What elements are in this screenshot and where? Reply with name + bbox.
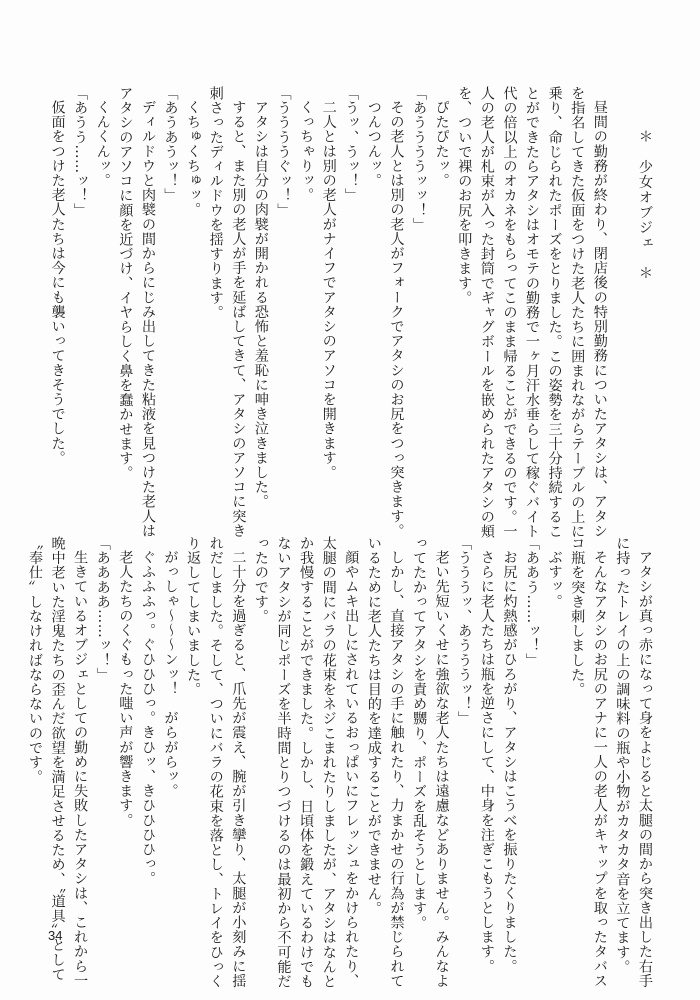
text-line: 「ああう……ッ！」 — [520, 536, 543, 916]
text-line: そんなアタシのお尻のアナに一人の老人がキャップを取ったタバス — [588, 536, 611, 916]
text-line: ったのです。 — [249, 536, 272, 916]
text-line: 仮面をつけた老人たちは今にも襲いってきそうでした。 — [46, 86, 69, 486]
text-line: 老人たちのくぐもった嗤い声が響きます。 — [114, 536, 137, 916]
text-line: ってたかってアタシを責め嬲り、ポーズを乱そうとします。 — [407, 536, 430, 916]
spacer — [611, 86, 634, 486]
text-line: 「あうあうッ！」 — [159, 86, 182, 486]
text-line: 晩中老いた淫鬼たちの歪んだ欲望を満足させるため、〝道具〟として — [46, 536, 69, 916]
text-line: ぶすッ。 — [543, 536, 566, 916]
text-line: 「ああああ……ッ！」 — [91, 536, 114, 916]
text-line: に持ったトレイの上の調味料の瓶や小物がカタカタ音を立てます。 — [611, 536, 634, 916]
text-line: 顔やムキ出しにされているおっぱいにフレッシュをかけられたり、 — [340, 536, 363, 916]
text-line: 「うううッ、あうううッ！」 — [453, 536, 476, 916]
text-line: り返してしまいました。 — [182, 536, 205, 916]
text-line: れだしました。そして、ついにバラの花束を落とし、トレイをひっく — [204, 536, 227, 916]
text-line: 「ううううぐッ！」 — [272, 86, 295, 486]
text-line: アタシのアソコに顔を近づけ、イヤらしく鼻を蠢かせます。 — [114, 86, 137, 486]
text-line: 老い先短いくせに強欲な老人たちは遠慮などありません。みんなよ — [430, 536, 453, 916]
text-line: 人の老人が札束が入った封筒でギャグボールを嵌められたアタシの頬 — [475, 86, 498, 486]
text-line: コ瓶を突き刺しました。 — [566, 536, 589, 916]
text-line: 代の倍以上のオカネをもらってこのまま帰ることができるのです。一 — [498, 86, 521, 486]
text-line: お尻に灼熱感がひろがり、アタシはこうべを振りたくりました。 — [498, 536, 521, 916]
text-line: 生きているオブジェとしての勤めに失敗したアタシは、これから一 — [69, 536, 92, 916]
text-line: とができたらアタシはオモテの勤務で一ヶ月汗水垂らして稼ぐバイト — [520, 86, 543, 486]
text-line: 「あううううッッ！」 — [407, 86, 430, 486]
text-line: くんくんッ。 — [91, 86, 114, 486]
top-text-block: ＊ 少女オブジェ ＊ 昼間の勤務が終わり、閉店後の特別勤務についたアタシは、アタ… — [46, 86, 656, 486]
text-line: アタシは自分の肉襞が開かれる恐怖と羞恥に呻き泣きました。 — [249, 86, 272, 486]
text-line: アタシが真っ赤になって身をよじると太腿の間から突き出した右手 — [633, 536, 656, 916]
text-line: くちゅくちゅッ。 — [182, 86, 205, 486]
text-line: 太腿の間にバラの花束をネジこまれたりしましたが、アタシはなんと — [317, 536, 340, 916]
text-line: すると、また別の老人が手を延ばしてきて、アタシのアソコに突き — [227, 86, 250, 486]
text-line: しかし、直接アタシの手に触れたり、力まかせの行為が禁じられて — [385, 536, 408, 916]
bottom-text-block: アタシが真っ赤になって身をよじると太腿の間から突き出した右手に持ったトレイの上の… — [23, 536, 656, 916]
page-number: 34 — [48, 928, 62, 943]
text-line: か我慢することができました。しかし、日頃体を鍛えているわけでも — [295, 536, 318, 916]
text-line: つんつんッ。 — [362, 86, 385, 486]
text-line: いるために老人たちは目的を達成することができません。 — [362, 536, 385, 916]
text-line: 二十分を過ぎると、爪先が震え、腕が引き攣り、太腿が小刻みに揺 — [227, 536, 250, 916]
top-paragraphs: 昼間の勤務が終わり、閉店後の特別勤務についたアタシは、アタシを指名してきた仮面を… — [46, 86, 611, 486]
text-line: を指名してきた仮面をつけた老人たちに囲まれながらテーブルの上に — [566, 86, 589, 486]
text-line: 二人とは別の老人がナイフでアタシのアソコを開きます。 — [317, 86, 340, 486]
text-line: 〝奉仕〟しなければならないのです。 — [23, 536, 46, 916]
text-line: さらに老人たちは瓶を逆さにして、中身を注ぎこもうとします。 — [475, 536, 498, 916]
text-line: がっしゃ〜〜〜ンッ！ がらがらッ。 — [159, 536, 182, 916]
text-line: ないアタシが同じポーズを半時間とりつづけるのは最初から不可能だ — [272, 536, 295, 916]
text-line: ぐふふふっ。ぐひひひっ。きひッ、きひひひひっ。 — [136, 536, 159, 916]
bottom-paragraphs: アタシが真っ赤になって身をよじると太腿の間から突き出した右手に持ったトレイの上の… — [23, 536, 656, 916]
text-line: 昼間の勤務が終わり、閉店後の特別勤務についたアタシは、アタシ — [588, 86, 611, 486]
text-line: 「あうう……ッ！」 — [69, 86, 92, 486]
text-line: その老人とは別の老人がフォークでアタシのお尻をつっ突きます。 — [385, 86, 408, 486]
text-line: ディルドウと肉襞の間からにじみ出してきた粘液を見つけた老人は — [136, 86, 159, 486]
chapter-title: ＊ 少女オブジェ ＊ — [633, 86, 656, 486]
text-line: 乗り、命じられたポーズをとりました。この姿勢を三十分持続するこ — [543, 86, 566, 486]
text-line: 「うッ、うッ！」 — [340, 86, 363, 486]
text-line: 刺さったディルドウを揺すります。 — [204, 86, 227, 486]
text-line: を、ついで裸のお尻を叩きます。 — [453, 86, 476, 486]
text-line: ぴたぴたッ。 — [430, 86, 453, 486]
text-line: くっちゃりッ。 — [295, 86, 318, 486]
